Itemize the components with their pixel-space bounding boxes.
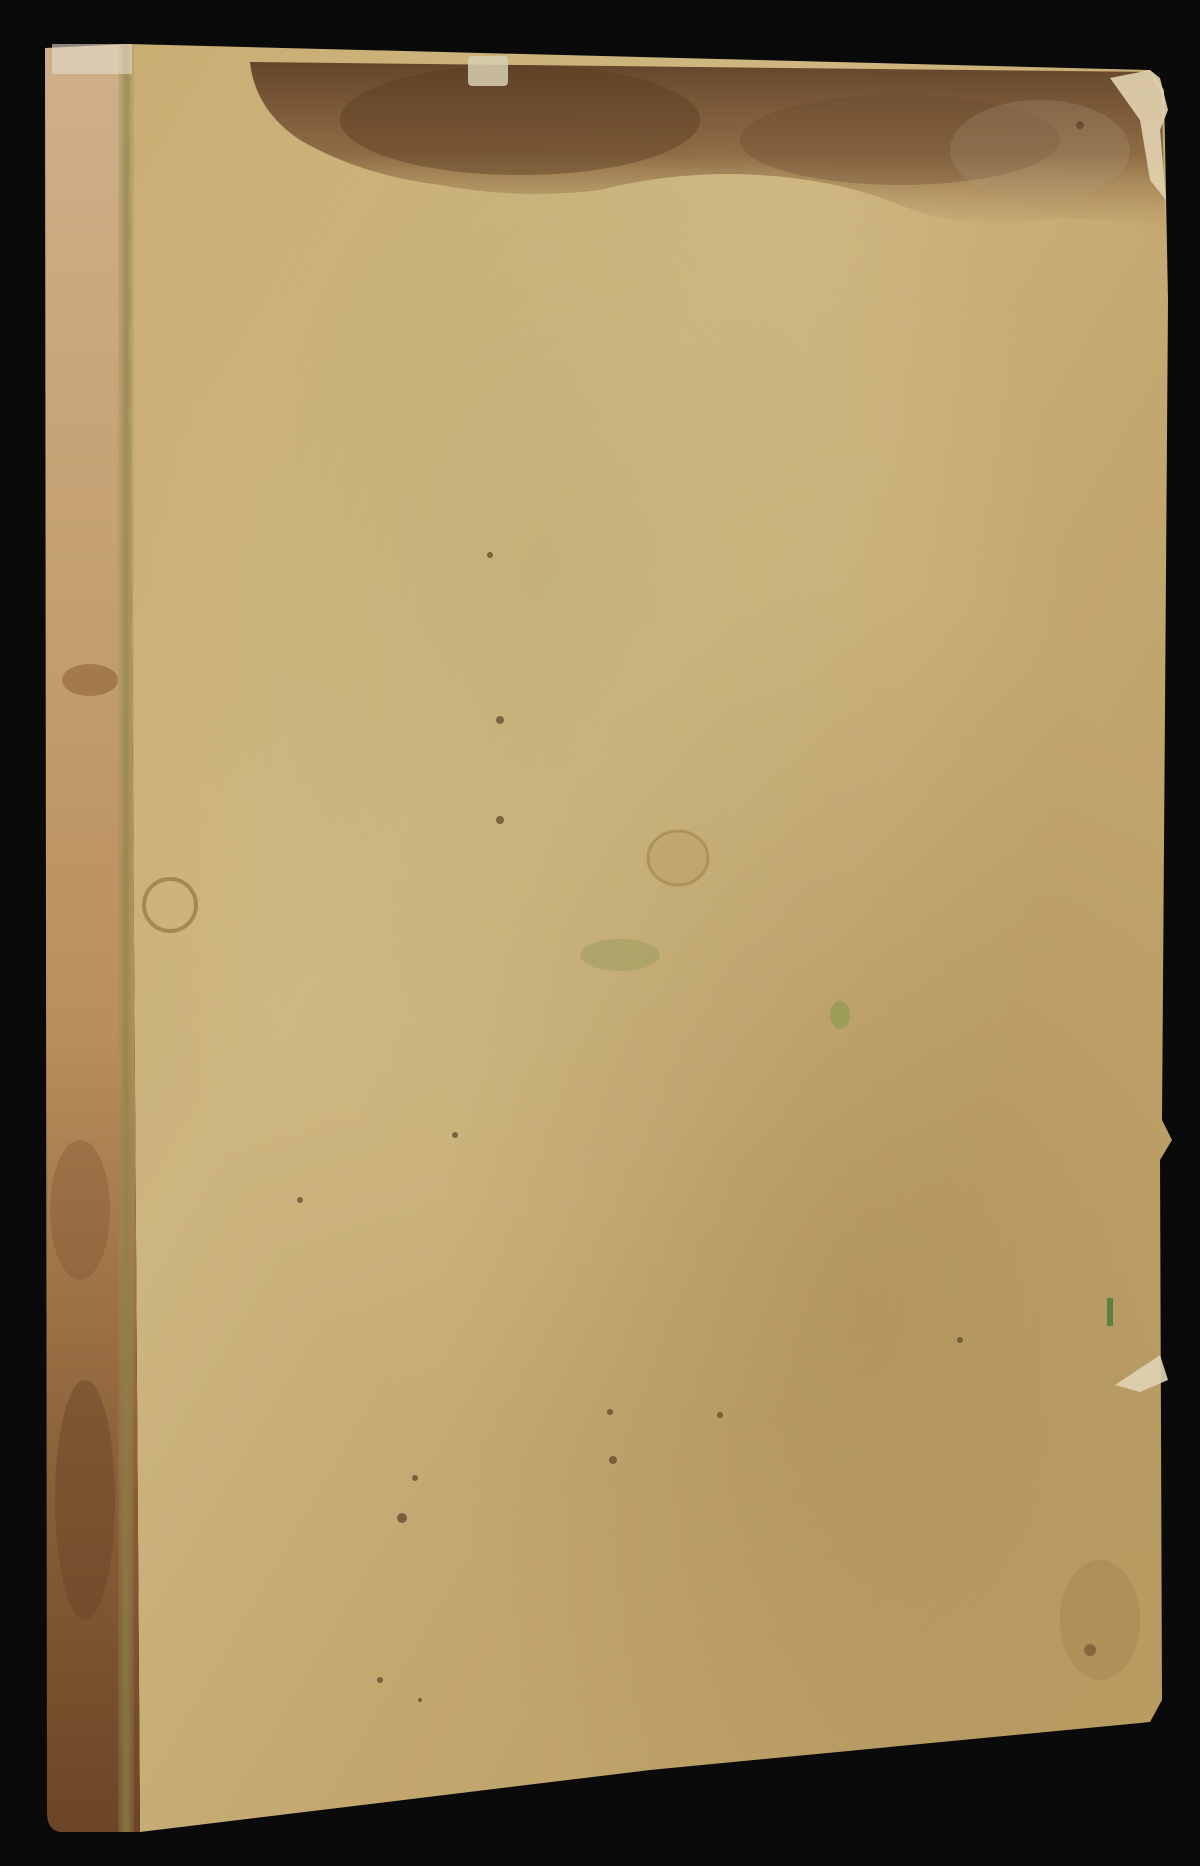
circular-stain xyxy=(648,831,708,885)
green-smudge xyxy=(580,939,660,971)
green-mark xyxy=(1107,1298,1113,1326)
lower-right-stain xyxy=(1060,1560,1140,1680)
vellum-book xyxy=(0,0,1200,1866)
photo-scene xyxy=(0,0,1200,1866)
top-tab xyxy=(468,56,508,86)
front-cover xyxy=(128,44,1172,1832)
green-smudge xyxy=(830,1001,850,1029)
spine xyxy=(45,44,140,1832)
